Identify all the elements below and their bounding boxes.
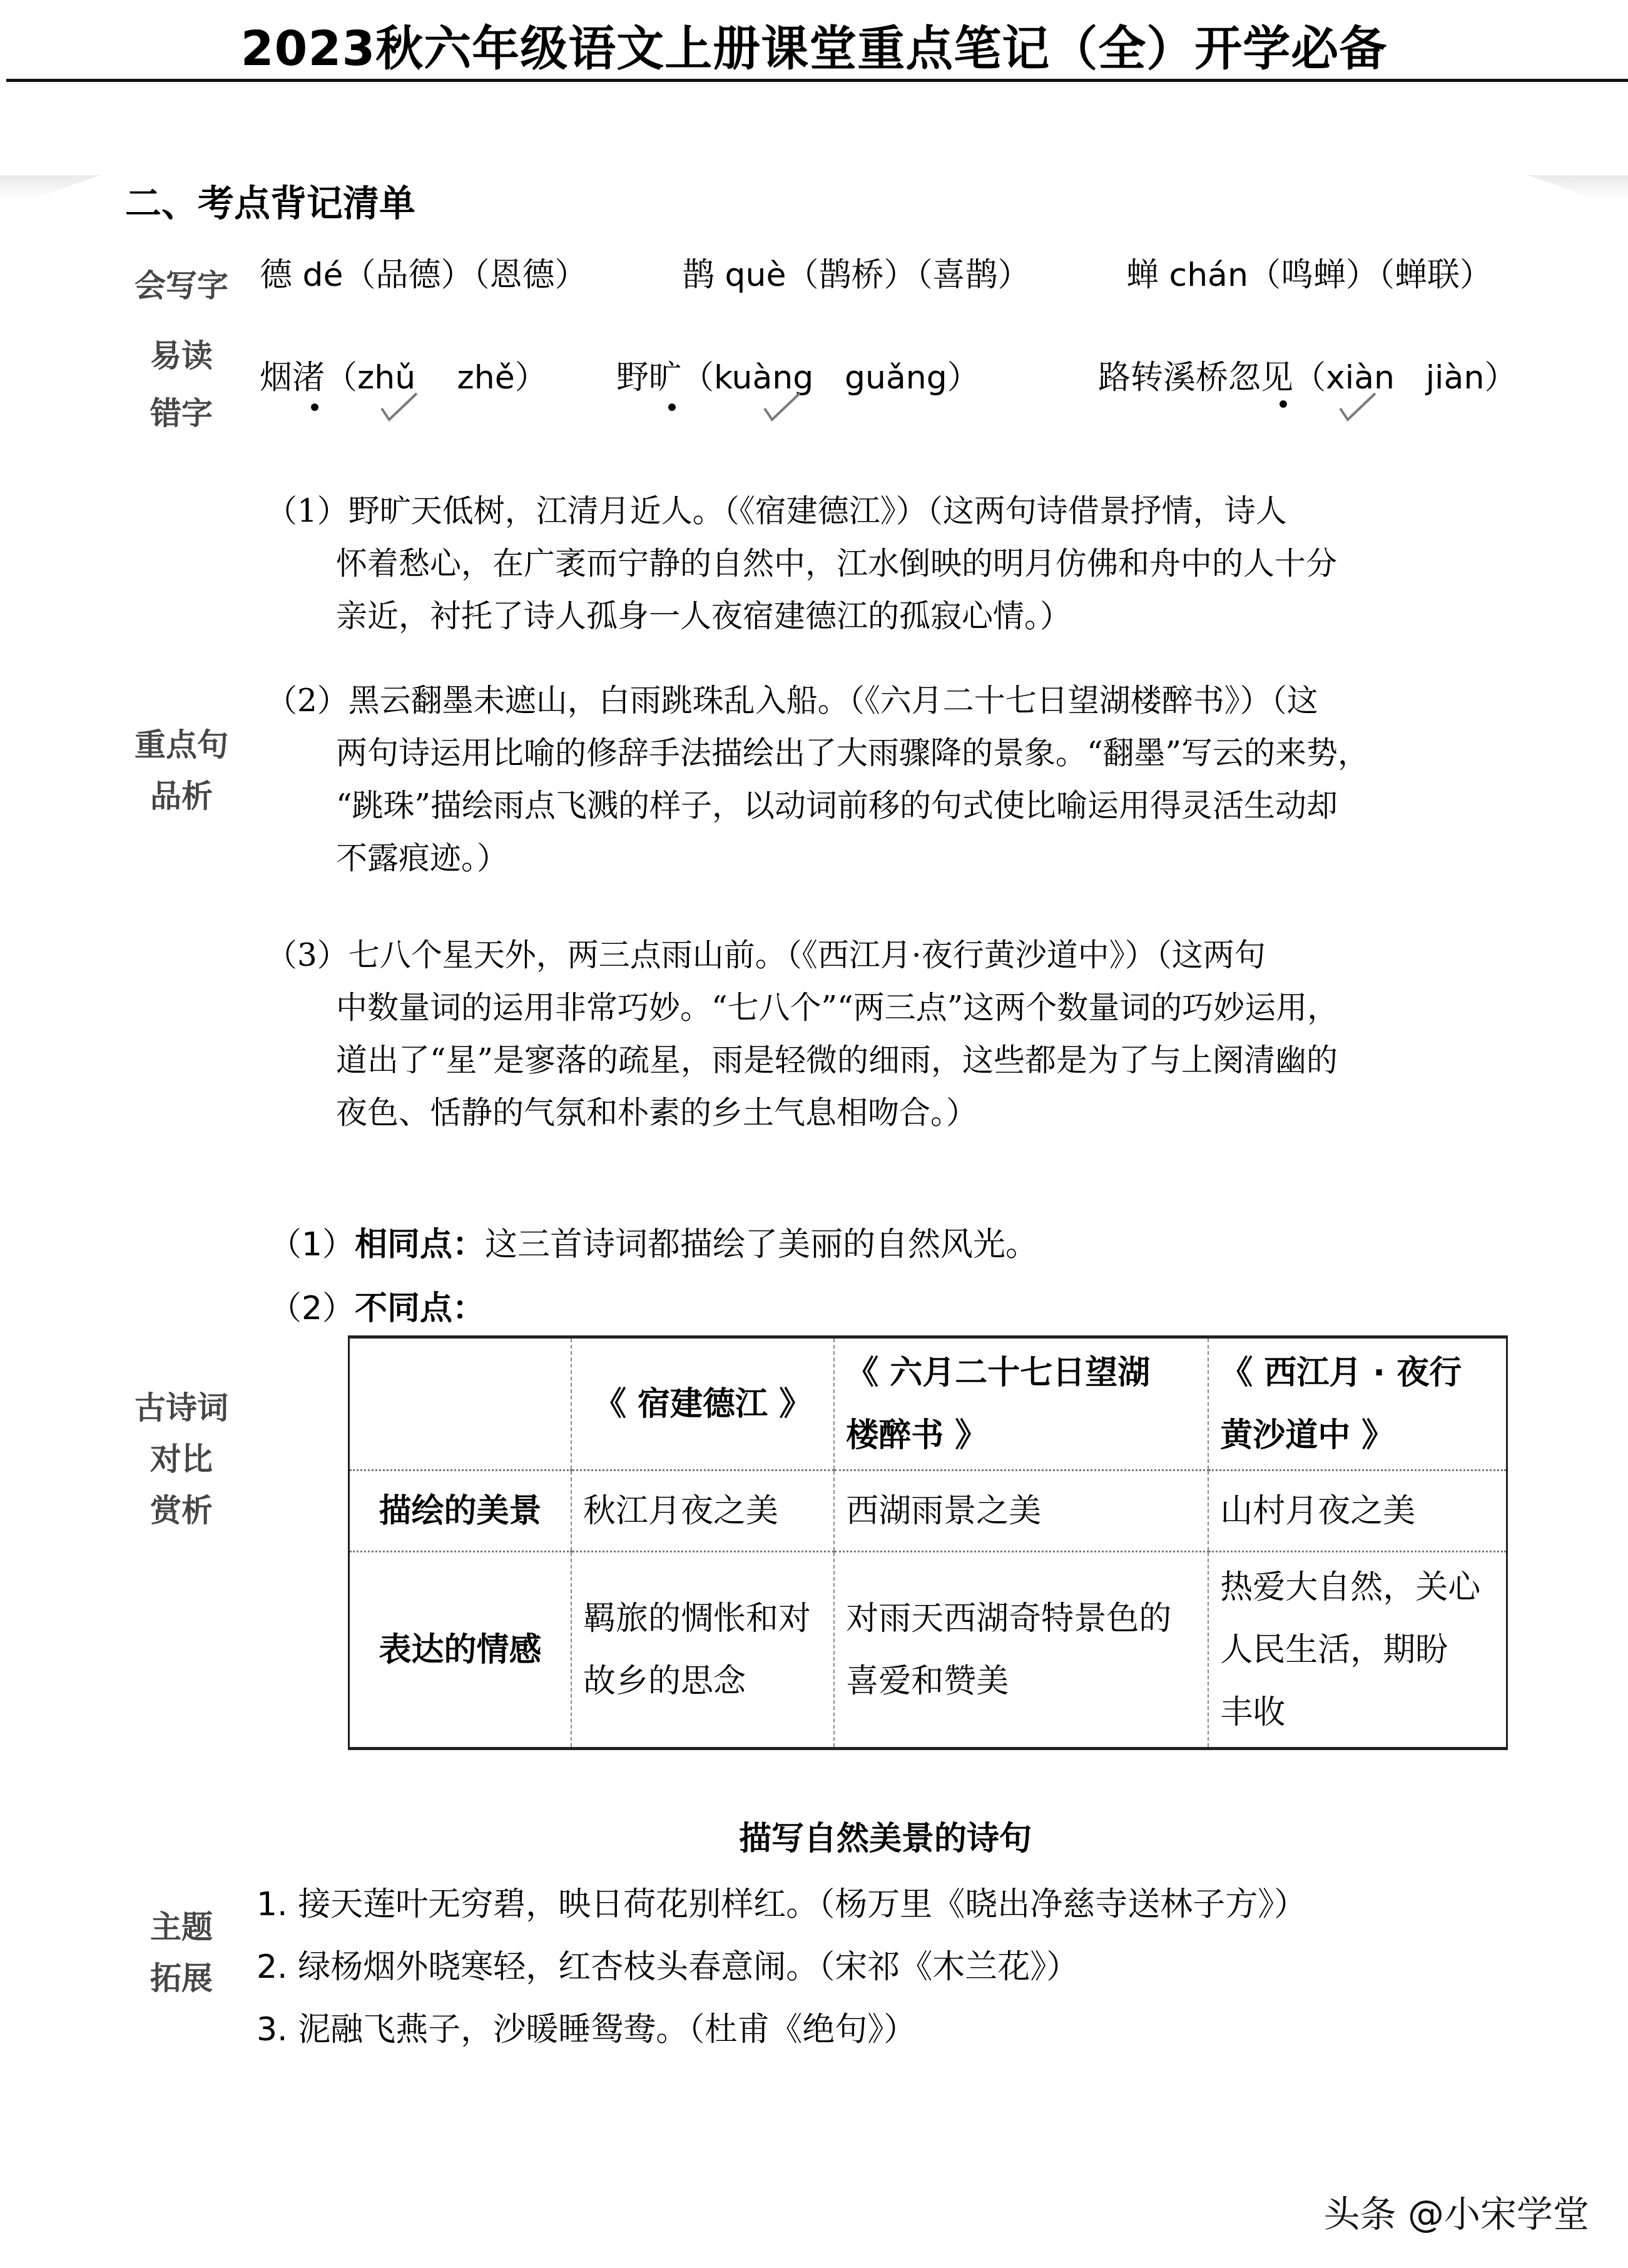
text-line: 中数量词的运用非常巧妙。“七八个”“两三点”这两个数量词的巧妙运用， [266,981,1517,1034]
char: 鹊 [682,256,715,294]
text-line: 夜色、恬静的气氛和朴素的乡土气息相吻合。） [266,1086,1517,1139]
example-words: （鹊桥）（喜鹊） [786,256,1030,294]
checkmark-icon [380,391,430,422]
difference-line: （2）不同点： [269,1288,485,1329]
header-line: 《 宿建德江 》 [583,1373,822,1435]
word: 烟渚 [260,359,325,397]
title-divider [6,79,1628,82]
text-line: 怀着愁心，在广袤而宁静的自然中，江水倒映的明月仿佛和舟中的人十分 [266,537,1517,590]
page-curl-shadow-right [1528,175,1628,200]
cell-line: 喜爱和赞美 [846,1650,1196,1713]
cell-line: 羁旅的惆怅和对 [583,1587,822,1650]
pinyin-option: jiàn [1426,359,1485,397]
table-header-empty [349,1337,571,1471]
similarity-line: （1）相同点：这三首诗词都描绘了美丽的自然风光。 [269,1225,1038,1265]
table-cell: 山村月夜之美 [1208,1471,1507,1552]
cell-line: 人民生活，期盼 [1220,1619,1495,1681]
paren: （ [325,359,357,397]
poem-line: 3. 泥融飞燕子，沙暖睡鸳鸯。（杜甫《绝句》） [257,2005,916,2055]
emphasis-dot-icon [311,403,318,411]
cell-line: 丰收 [1220,1681,1495,1744]
table-cell: 羁旅的惆怅和对 故乡的思念 [571,1552,834,1749]
checkmark-icon [763,391,813,422]
row-header: 表达的情感 [349,1552,571,1749]
table-header-cell: 《 六月二十七日望湖 楼醉书 》 [834,1337,1208,1471]
table-row: 表达的情感 羁旅的惆怅和对 故乡的思念 对雨天西湖奇特景色的 喜爱和赞美 热爱大… [349,1552,1507,1749]
key-sentence-3: （3）七八个星天外，两三点雨山前。（《西江月·夜行黄沙道中》）（这两句 中数量词… [266,929,1517,1139]
paren: ） [1484,359,1517,397]
similarity-text: 这三首诗词都描绘了美丽的自然风光。 [485,1226,1038,1263]
text-line: “跳珠”描绘雨点飞溅的样子，以动词前移的句式使比喻运用得灵活生动却 [266,779,1517,832]
table-cell: 西湖雨景之美 [834,1471,1208,1552]
poem-line: 1. 接天莲叶无穷碧，映日荷花别样红。（杨万里《晓出净慈寺送林子方》） [257,1880,1306,1930]
word: 路转溪桥忽见 [1098,359,1293,397]
cell-line: 热爱大自然，关心 [1220,1556,1495,1619]
text-line: 两句诗运用比喻的修辞手法描绘出了大雨骤降的景象。“翻墨”写云的来势， [266,727,1517,779]
char: 德 [260,256,292,294]
cell-line: 故乡的思念 [583,1650,822,1713]
header-line: 黄沙道中 》 [1220,1404,1495,1467]
emphasis-dot-icon [668,403,676,411]
text-line: 亲近，衬托了诗人孤身一人夜宿建德江的孤寂心情。） [266,590,1517,642]
checkmark-icon [1339,391,1389,422]
header-line: 《 六月二十七日望湖 [846,1342,1196,1404]
table-cell: 热爱大自然，关心 人民生活，期盼 丰收 [1208,1552,1507,1749]
poem-comparison-table: 《 宿建德江 》 《 六月二十七日望湖 楼醉书 》 《 西江月 · 夜行 黄沙道… [348,1335,1508,1750]
item-number: （2） [269,1290,355,1327]
pinyin-option: zhě [457,359,514,397]
section-heading: 二、考点背记清单 [125,178,415,228]
similarity-label: 相同点： [355,1226,485,1263]
char: 蝉 [1126,256,1159,294]
write-char-item: 蝉 chán（鸣蝉）（蝉联） [1126,255,1492,295]
write-char-item: 德 dé（品德）（恩德） [260,255,588,295]
table-row: 描绘的美景 秋江月夜之美 西湖雨景之美 山村月夜之美 [349,1471,1507,1552]
pinyin: dé [303,256,343,294]
word: 野旷 [616,359,681,397]
side-label-misread-2: 错字 [119,388,244,439]
emphasis-dot-icon [1280,400,1287,408]
text-line: （2）黑云翻墨未遮山，白雨跳珠乱入船。（《六月二十七日望湖楼醉书》）（这 [266,674,1517,727]
table-cell: 秋江月夜之美 [571,1471,834,1552]
header-line: 楼醉书 》 [846,1404,1196,1467]
cell-line: 对雨天西湖奇特景色的 [846,1587,1196,1650]
side-label-key-sentence-2: 品析 [119,771,244,822]
example-words: （品德）（恩德） [343,256,588,294]
text-line: 道出了“星”是寥落的疏星，雨是轻微的细雨，这些都是为了与上阕清幽的 [266,1034,1517,1086]
paren: ） [947,359,980,397]
text-line: （3）七八个星天外，两三点雨山前。（《西江月·夜行黄沙道中》）（这两句 [266,929,1517,981]
item-number: （1） [269,1226,355,1263]
example-words: （鸣蝉）（蝉联） [1248,256,1492,294]
misread-item: 路转溪桥忽见（xiàn jiàn） [1098,358,1517,398]
text-line: 不露痕迹。） [266,832,1517,884]
row-header: 描绘的美景 [349,1471,571,1552]
side-label-misread-1: 易读 [119,330,244,382]
paren: ） [515,359,547,397]
pinyin: què [725,256,786,294]
paren: （ [681,359,714,397]
side-label-theme-1: 主题 [119,1901,244,1953]
text-line: （1）野旷天低树，江清月近人。（《宿建德江》）（这两句诗借景抒情，诗人 [266,485,1517,537]
table-header-row: 《 宿建德江 》 《 六月二十七日望湖 楼醉书 》 《 西江月 · 夜行 黄沙道… [349,1337,1507,1471]
difference-label: 不同点： [355,1290,485,1327]
pinyin: chán [1169,256,1248,294]
table-cell: 对雨天西湖奇特景色的 喜爱和赞美 [834,1552,1208,1749]
theme-heading: 描写自然美景的诗句 [0,1814,1628,1864]
paren: （ [1293,359,1326,397]
side-label-compare-1: 古诗词 [119,1382,244,1434]
side-label-write-chars: 会写字 [119,260,244,311]
side-label-compare-3: 赏析 [119,1485,244,1536]
side-label-compare-2: 对比 [119,1434,244,1485]
table-header-cell: 《 宿建德江 》 [571,1337,834,1471]
pinyin-option: guǎng [845,359,947,397]
page-curl-shadow-left [0,175,100,200]
page-title: 2023秋六年级语文上册课堂重点笔记（全）开学必备 [0,18,1628,80]
poem-line: 2. 绿杨烟外晓寒轻，红杏枝头春意闹。（宋祁《木兰花》） [257,1942,1079,1992]
watermark: 头条 @小宋学堂 [1324,2189,1589,2239]
header-line: 《 西江月 · 夜行 [1220,1342,1495,1404]
side-label-theme-2: 拓展 [119,1953,244,2004]
key-sentence-1: （1）野旷天低树，江清月近人。（《宿建德江》）（这两句诗借景抒情，诗人 怀着愁心… [266,485,1517,642]
key-sentence-2: （2）黑云翻墨未遮山，白雨跳珠乱入船。（《六月二十七日望湖楼醉书》）（这 两句诗… [266,674,1517,884]
write-char-item: 鹊 què（鹊桥）（喜鹊） [682,255,1030,295]
table-header-cell: 《 西江月 · 夜行 黄沙道中 》 [1208,1337,1507,1471]
side-label-key-sentence-1: 重点句 [119,719,244,771]
